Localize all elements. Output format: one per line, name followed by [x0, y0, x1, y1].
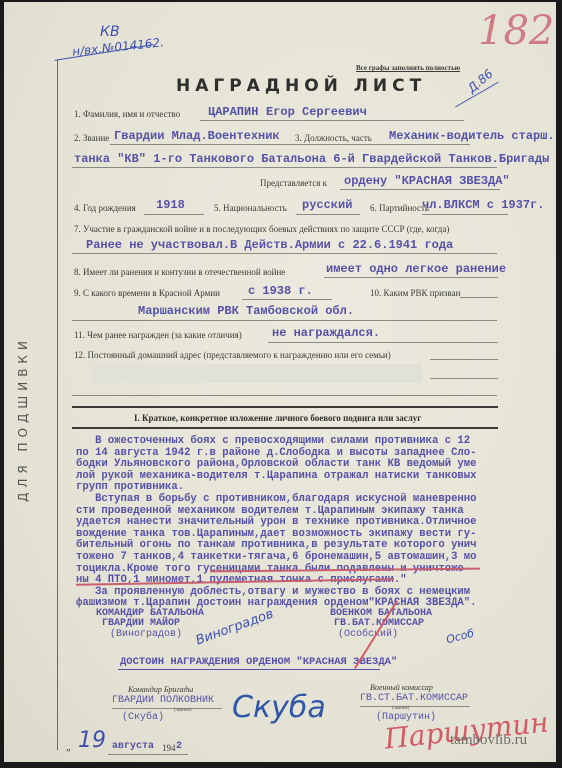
date-quote-open: „: [66, 742, 70, 753]
field-7-value: Ранее не участвовал.В Действ.Армии с 22.…: [86, 238, 453, 252]
field-5-nationality: русский: [302, 198, 352, 212]
brigade-rank-line: [112, 708, 222, 709]
field-2-rank: Гвардии Млад.Воентехник: [114, 129, 280, 143]
brigade-commander-name: (Скуба): [122, 713, 164, 723]
section-heading: I. Краткое, конкретное изложение личного…: [134, 413, 421, 423]
battalion-commissar-signature: Особ: [445, 627, 476, 647]
commissar-rank-line: [360, 706, 470, 707]
field-8-value: имеет одно легкое ранение: [326, 262, 506, 276]
field-1-line: [200, 120, 464, 121]
citation-line: В ожесточенных боях с превосходящими сил…: [76, 436, 496, 448]
field-6-label: 6. Партийность: [370, 203, 429, 213]
field-10-line-b: [72, 320, 497, 321]
military-commissar-rank: ГВ.СТ.БАТ.КОМИССАР: [360, 694, 468, 704]
battalion-commissar-name: (Особский): [338, 630, 398, 640]
field-10-value: Маршанским РВК Тамбовской обл.: [138, 304, 354, 318]
field-1-given-names: Егор Сергеевич: [266, 105, 367, 119]
field-12-line-a: [430, 359, 498, 360]
award-sheet-page: КВ н/вх.№014162. 182 Все графы заполнять…: [4, 2, 556, 762]
field-12-line-b: [430, 378, 498, 379]
battalion-commander-signature: Виноградов: [194, 607, 276, 649]
date-year-prefix: 194: [162, 743, 176, 753]
citation-line: тожено 7 танков,4 танкетки-тягача,6 брон…: [76, 552, 496, 564]
field-6-party: чл.ВЛКСМ с 1937г.: [422, 198, 544, 212]
handwritten-page-number: 182: [478, 8, 554, 54]
brigade-commander-rank: ГВАРДИИ ПОЛКОВНИК: [112, 696, 214, 706]
field-1-surname: ЦАРАПИН: [208, 105, 258, 119]
date-line: [108, 754, 188, 755]
handwritten-kv: КВ: [100, 24, 120, 40]
field-12-label: 12. Постоянный домашний адрес (представл…: [74, 350, 391, 360]
brigade-commander-signature: Скуба: [232, 690, 326, 725]
field-11-value: не награждался.: [272, 326, 380, 340]
commissar-rank-caption: (звание): [392, 706, 409, 711]
section-rule-top: [72, 406, 498, 408]
redacted-address-block: [92, 364, 422, 383]
battalion-commander-name: (Виноградов): [110, 630, 182, 640]
presented-label: Представляется к: [260, 178, 327, 188]
field-2-line: [110, 144, 470, 145]
field-3-label: 3. Должность, часть: [295, 133, 372, 143]
resolution-underline: [118, 669, 380, 670]
fill-all-fields-note: Все графы заполнять полностью: [356, 64, 460, 72]
field-3-position-line2: танка "КВ" 1-го Танкового Батальона 6-й …: [74, 152, 549, 166]
battalion-commander-rank: ГВАРДИИ МАЙОР: [102, 619, 180, 629]
field-5-line: [296, 214, 360, 215]
citation-line: Вступая в борьбу с противником,благодаря…: [76, 494, 496, 506]
field-8-label: 8. Имеет ли ранения и контузии в отечест…: [74, 267, 285, 277]
date-day: 19: [78, 728, 106, 753]
field-7-line: [72, 253, 497, 254]
date-month: августа: [112, 742, 154, 752]
date-year-suffix: 2: [176, 742, 182, 752]
brigade-commander-label: Командир Бригады: [128, 685, 193, 694]
field-3-line: [72, 167, 497, 168]
field-2-label: 2. Звание: [74, 133, 109, 143]
presented-award: ордену "КРАСНАЯ ЗВЕЗДА": [344, 174, 510, 188]
section-rule-bottom: [72, 427, 498, 429]
field-3-position-line1: Механик-водитель старш.: [389, 129, 555, 143]
site-watermark: tambovlib.ru: [450, 732, 527, 749]
document-title: НАГРАДНОЙ ЛИСТ: [176, 76, 426, 96]
field-10-label: 10. Каким РВК призван: [370, 288, 460, 298]
field-8-line: [324, 277, 498, 278]
field-9-value: с 1938 г.: [248, 284, 313, 298]
citation-line: удается нанести значительный урон в техн…: [76, 517, 496, 529]
binding-label: ДЛЯ ПОДШИВКИ: [16, 336, 30, 502]
field-4-birth-year: 1918: [156, 198, 185, 212]
binding-margin-line: [57, 60, 58, 750]
field-10-line-a: [460, 297, 498, 298]
field-6-line: [422, 214, 508, 215]
brigade-rank-caption: (звание): [174, 708, 191, 713]
presented-line: [340, 189, 500, 190]
military-commissar-label: Военный комиссар: [370, 683, 433, 692]
field-12-line-c: [72, 395, 497, 396]
field-1-label: 1. Фамилия, имя и отчество: [74, 109, 180, 119]
field-9-label: 9. С какого времени в Красной Армии: [74, 288, 220, 298]
field-5-label: 5. Национальность: [214, 203, 287, 213]
field-11-line: [268, 342, 498, 343]
field-4-label: 4. Год рождения: [74, 203, 136, 213]
field-4-line: [144, 214, 204, 215]
field-11-label: 11. Чем ранее награжден (за какие отличи…: [74, 330, 242, 340]
field-9-line: [242, 299, 332, 300]
field-7-label: 7. Участие в гражданской войне и в после…: [74, 224, 449, 234]
